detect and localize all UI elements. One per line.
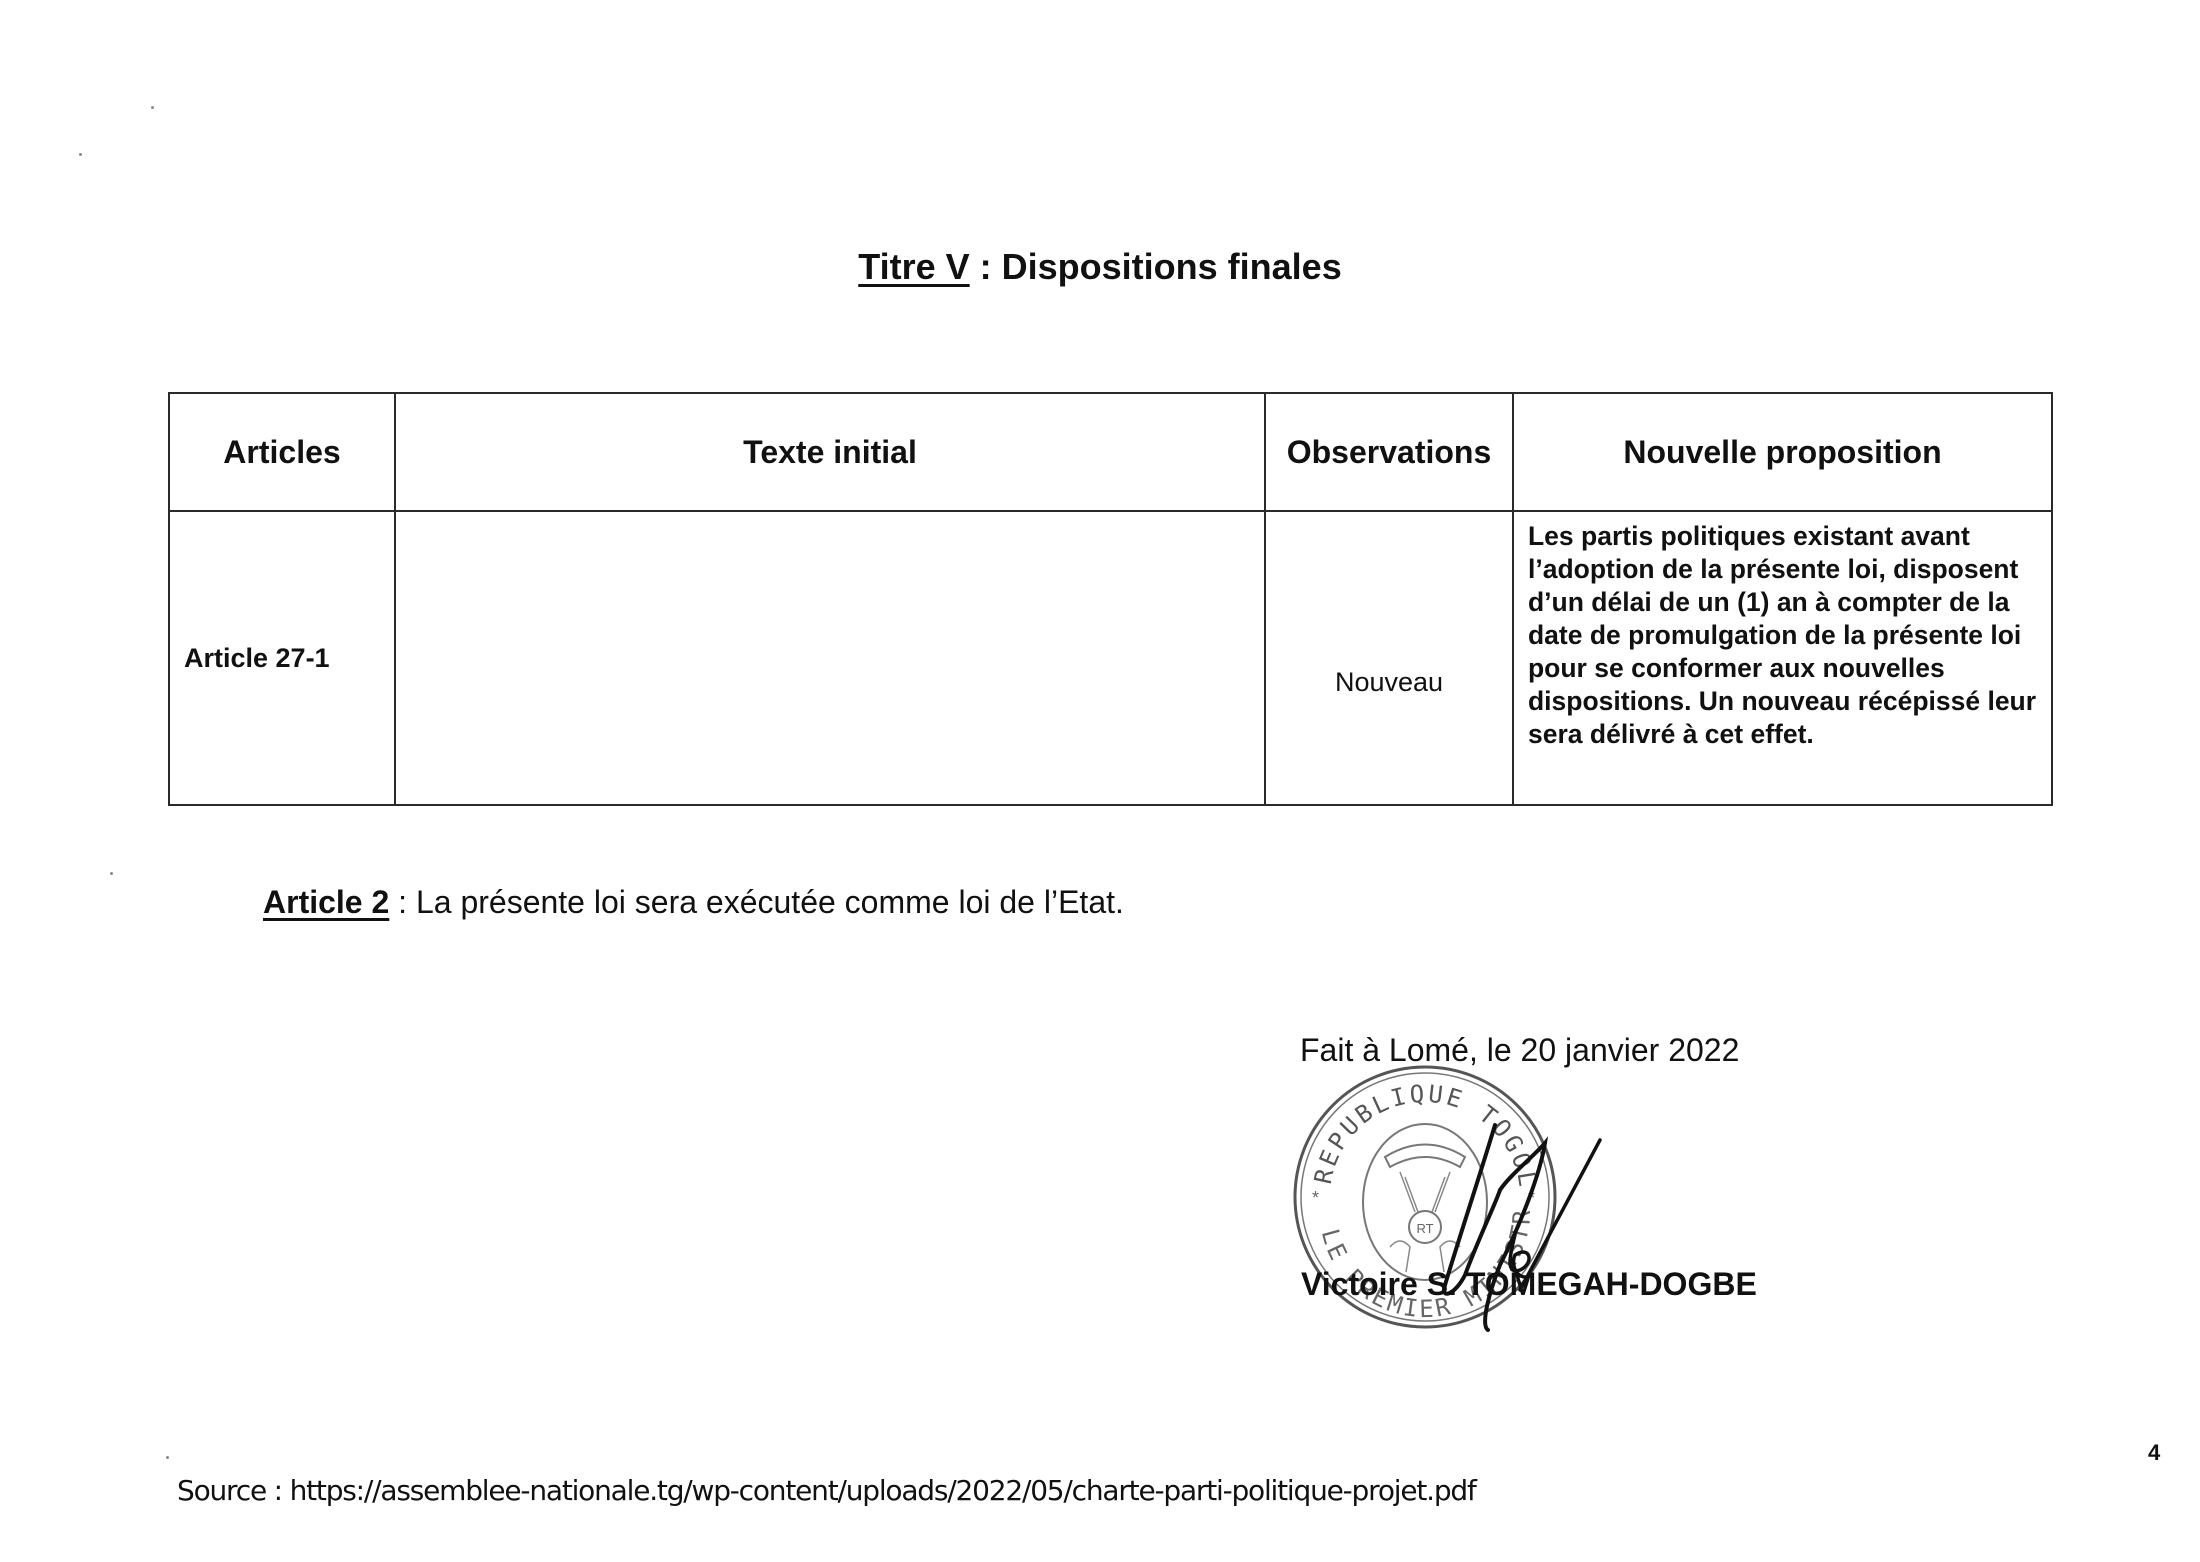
section-title-rest: : Dispositions finales xyxy=(970,246,1342,287)
article-2-paragraph: Article 2 : La présente loi sera exécuté… xyxy=(263,884,1124,921)
article-2-text: : La présente loi sera exécutée comme lo… xyxy=(389,884,1124,920)
page-number: 4 xyxy=(2148,1440,2160,1466)
signer-name: Victoire S. TOMEGAH-DOGBE xyxy=(1301,1266,1757,1303)
column-header-texte-initial: Texte initial xyxy=(395,393,1265,511)
cell-texte-initial xyxy=(395,511,1265,805)
stamp-center-text: RT xyxy=(1416,1221,1433,1236)
table-header-row: Articles Texte initial Observations Nouv… xyxy=(169,393,2052,511)
column-header-nouvelle-proposition: Nouvelle proposition xyxy=(1513,393,2052,511)
scan-speck xyxy=(151,106,154,109)
cell-article: Article 27-1 xyxy=(169,511,395,805)
scan-speck xyxy=(79,153,82,156)
section-title-prefix: Titre V xyxy=(858,246,969,287)
cell-nouvelle-proposition: Les partis politiques existant avant l’a… xyxy=(1513,511,2052,805)
column-header-articles: Articles xyxy=(169,393,395,511)
svg-text:*: * xyxy=(1312,1188,1319,1208)
amendments-table: Articles Texte initial Observations Nouv… xyxy=(168,392,2053,806)
scan-speck xyxy=(110,872,113,875)
signature-icon xyxy=(1440,1115,1640,1340)
column-header-observations: Observations xyxy=(1265,393,1513,511)
table-row: Article 27-1 Nouveau Les partis politiqu… xyxy=(169,511,2052,805)
section-title: Titre V : Dispositions finales xyxy=(0,246,2200,288)
source-citation: Source : https://assemblee-nationale.tg/… xyxy=(177,1474,1476,1507)
scan-speck xyxy=(166,1456,169,1459)
cell-observations: Nouveau xyxy=(1265,511,1513,805)
article-2-label: Article 2 xyxy=(263,884,389,920)
